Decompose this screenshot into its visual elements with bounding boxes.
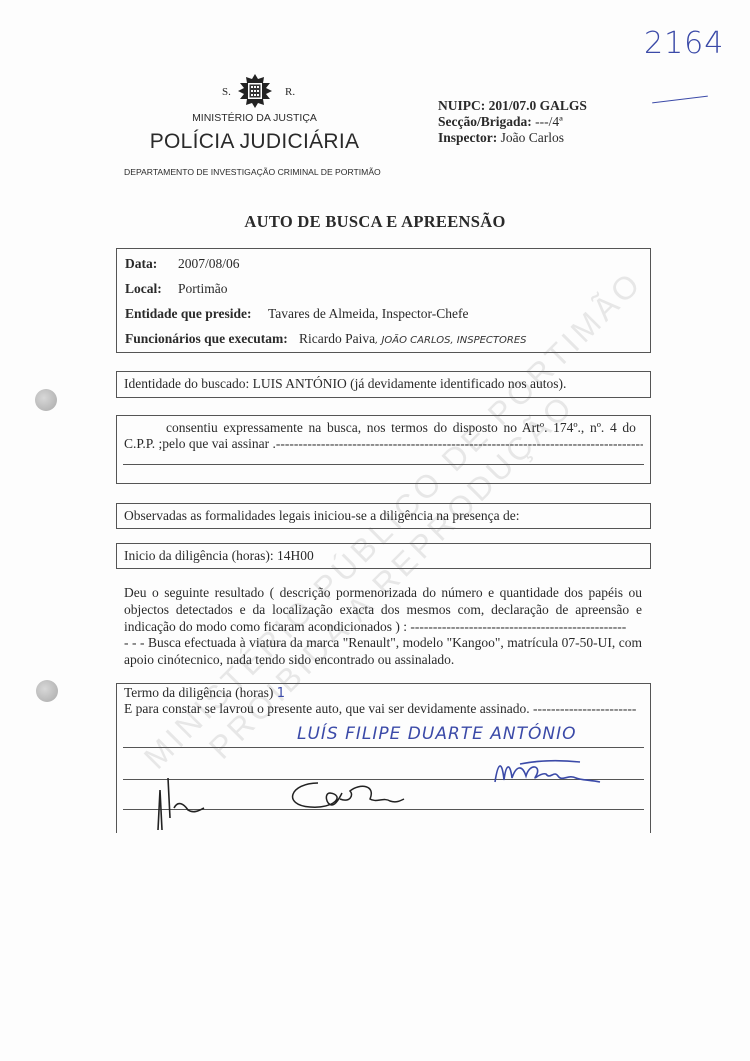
inspector-value: João Carlos xyxy=(501,130,564,145)
observadas-box: Observadas as formalidades legais inicio… xyxy=(116,503,651,529)
details-box: Data: 2007/08/06 Local: Portimão Entidad… xyxy=(116,248,651,353)
data-label: Data: xyxy=(125,256,157,271)
identidade-text: Identidade do buscado: LUIS ANTÓNIO (já … xyxy=(124,376,643,392)
local-label: Local: xyxy=(125,281,162,296)
identidade-box: Identidade do buscado: LUIS ANTÓNIO (já … xyxy=(116,371,651,398)
inicio-box: Inicio da diligência (horas): 14H00 xyxy=(116,543,651,569)
signature-line-1 xyxy=(123,747,644,748)
handwritten-page-number: 2164 xyxy=(644,26,724,61)
consent-box: consentiu expressamente na busca, nos te… xyxy=(116,415,651,484)
ministry-name: MINISTÉRIO DA JUSTIÇA xyxy=(132,112,377,124)
data-value: 2007/08/06 xyxy=(178,256,240,272)
termo-handwritten-hours: 1 xyxy=(277,686,285,701)
inspector-label: Inspector: xyxy=(438,130,497,145)
seccao-label: Secção/Brigada: xyxy=(438,114,532,129)
funcionarios-label: Funcionários que executam: xyxy=(125,331,288,346)
punch-hole-top xyxy=(35,389,57,411)
consent-line-1: consentiu expressamente na busca, nos te… xyxy=(124,420,643,436)
inicio-text: Inicio da diligência (horas): 14H00 xyxy=(124,548,643,564)
funcionarios-handwritten: , João Carlos, Inspectores xyxy=(375,335,526,346)
entidade-value: Tavares de Almeida, Inspector-Chefe xyxy=(268,306,468,322)
crest-right-letter: R. xyxy=(285,86,295,98)
department-name: DEPARTAMENTO DE INVESTIGAÇÃO CRIMINAL DE… xyxy=(124,167,381,177)
case-info: NUIPC: 201/07.0 GALGS Secção/Brigada: --… xyxy=(438,98,587,146)
handwritten-name: LUÍS FILIPE DUARTE ANTÓNIO xyxy=(297,724,577,744)
nuipc-value: 201/07.0 GALGS xyxy=(489,98,587,113)
nuipc-label: NUIPC: xyxy=(438,98,485,113)
page-number-underline xyxy=(652,96,708,104)
agency-name: POLÍCIA JUDICIÁRIA xyxy=(132,130,377,154)
resultado-intro: Deu o seguinte resultado ( descrição por… xyxy=(124,584,642,635)
punch-hole-bottom xyxy=(36,680,58,702)
seccao-value: ---/4ª xyxy=(535,114,563,129)
local-value: Portimão xyxy=(178,281,228,297)
crest-left-letter: S. xyxy=(222,86,231,98)
entidade-label: Entidade que preside: xyxy=(125,306,252,321)
funcionarios-value: Ricardo Paiva xyxy=(299,331,375,346)
coat-of-arms-icon xyxy=(236,74,274,108)
consent-line-2: C.P.P. ;pelo que vai assinar .----------… xyxy=(124,436,643,452)
termo-label: Termo da diligência (horas) xyxy=(124,685,273,700)
observadas-text: Observadas as formalidades legais inicio… xyxy=(124,508,643,524)
signature-officer-2 xyxy=(280,775,420,815)
resultado-finding: - - - Busca efectuada à viatura da marca… xyxy=(124,634,642,668)
document-title: AUTO DE BUSCA E APREENSÃO xyxy=(0,212,750,232)
consent-blank-line xyxy=(123,464,644,465)
signature-officer-1 xyxy=(148,770,218,840)
termo-closing: E para constar se lavrou o presente auto… xyxy=(124,701,643,717)
signature-suspect xyxy=(480,752,650,792)
